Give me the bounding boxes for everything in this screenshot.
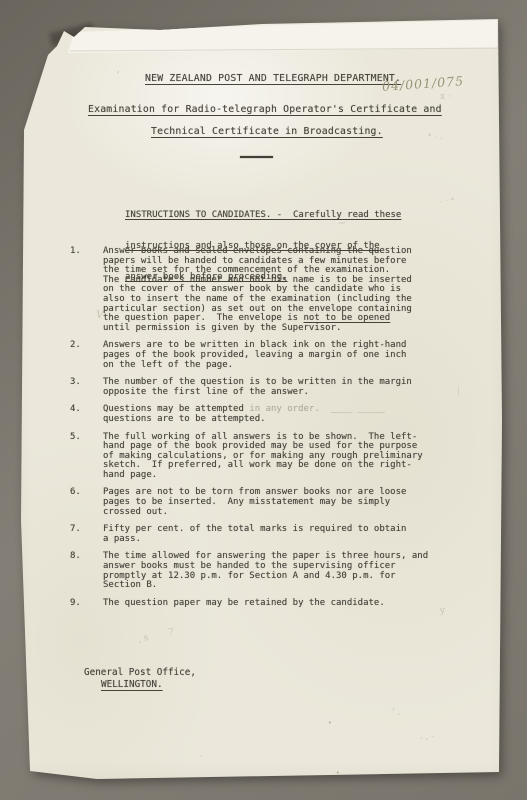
pencil-mark: x · — [440, 92, 451, 102]
item-text: Answer books and sealed envelopes contai… — [103, 247, 412, 333]
pencil-mark: ~ — [337, 217, 347, 229]
instruction-item: 2. Answers are to be written in black in… — [70, 341, 455, 370]
item-number: 7. — [70, 525, 103, 544]
exam-title-line2: Technical Certificate in Broadcasting. — [151, 126, 383, 137]
item-text: Fifty per cent. of the total marks is re… — [103, 525, 406, 544]
instruction-item: 4. Questions may be attempted in any ord… — [70, 405, 455, 424]
pencil-mark: . , · — [420, 731, 435, 742]
pencil-mark: • — [328, 720, 332, 727]
exam-title-line1: Examination for Radio-telegraph Operator… — [88, 104, 442, 115]
pencil-mark: . · ° — [439, 195, 454, 206]
item-text: The number of the question is to be writ… — [103, 378, 412, 397]
pencil-mark: • — [336, 770, 340, 777]
item-text: Pages are not to be torn from answer boo… — [103, 488, 406, 517]
footer-office: General Post Office, — [84, 667, 196, 678]
item-number: 4. — [70, 405, 103, 424]
pencil-mark: · | — [452, 386, 460, 395]
section-divider-dash — [240, 156, 273, 158]
instruction-item: 5. The full working of all answers is to… — [70, 433, 455, 481]
item-number: 5. — [70, 433, 103, 481]
item-text: Answers are to be written in black ink o… — [103, 341, 406, 370]
document-page: NEW ZEALAND POST AND TELEGRAPH DEPARTMEN… — [0, 0, 527, 800]
pencil-mark: 7 — [168, 628, 174, 638]
item-number: 2. — [70, 341, 103, 370]
item-text: The time allowed for answering the paper… — [103, 552, 428, 590]
instruction-item: 3. The number of the question is to be w… — [70, 378, 455, 397]
instruction-item: 7. Fifty per cent. of the total marks is… — [70, 525, 455, 544]
instruction-item: 9. The question paper may be retained by… — [70, 599, 455, 609]
footer-city: WELLINGTON. — [101, 679, 163, 690]
instruction-item: 1. Answer books and sealed envelopes con… — [70, 247, 455, 333]
item-text: The question paper may be retained by th… — [103, 599, 385, 609]
instructions-heading-line1: INSTRUCTIONS TO CANDIDATES. - Carefully … — [125, 210, 401, 220]
item-number: 8. — [70, 552, 103, 590]
instructions-list: 1. Answer books and sealed envelopes con… — [70, 247, 455, 616]
pencil-mark: · — [200, 752, 203, 762]
item-text: The full working of all answers is to be… — [103, 433, 423, 481]
pencil-mark: ' . — [392, 708, 400, 718]
document-title: NEW ZEALAND POST AND TELEGRAPH DEPARTMEN… — [145, 73, 401, 84]
item-number: 9. — [70, 599, 103, 609]
instruction-item: 6. Pages are not to be torn from answer … — [70, 488, 455, 517]
item-number: 6. — [70, 488, 103, 517]
pencil-mark: ° · . — [428, 131, 443, 141]
document-page-wrap: NEW ZEALAND POST AND TELEGRAPH DEPARTMEN… — [0, 0, 527, 800]
photograph-background: NEW ZEALAND POST AND TELEGRAPH DEPARTMEN… — [0, 0, 527, 800]
item-number: 3. — [70, 378, 103, 397]
instruction-item: 8. The time allowed for answering the pa… — [70, 552, 455, 590]
item-text: Questions may be attempted in any order.… — [103, 405, 385, 424]
